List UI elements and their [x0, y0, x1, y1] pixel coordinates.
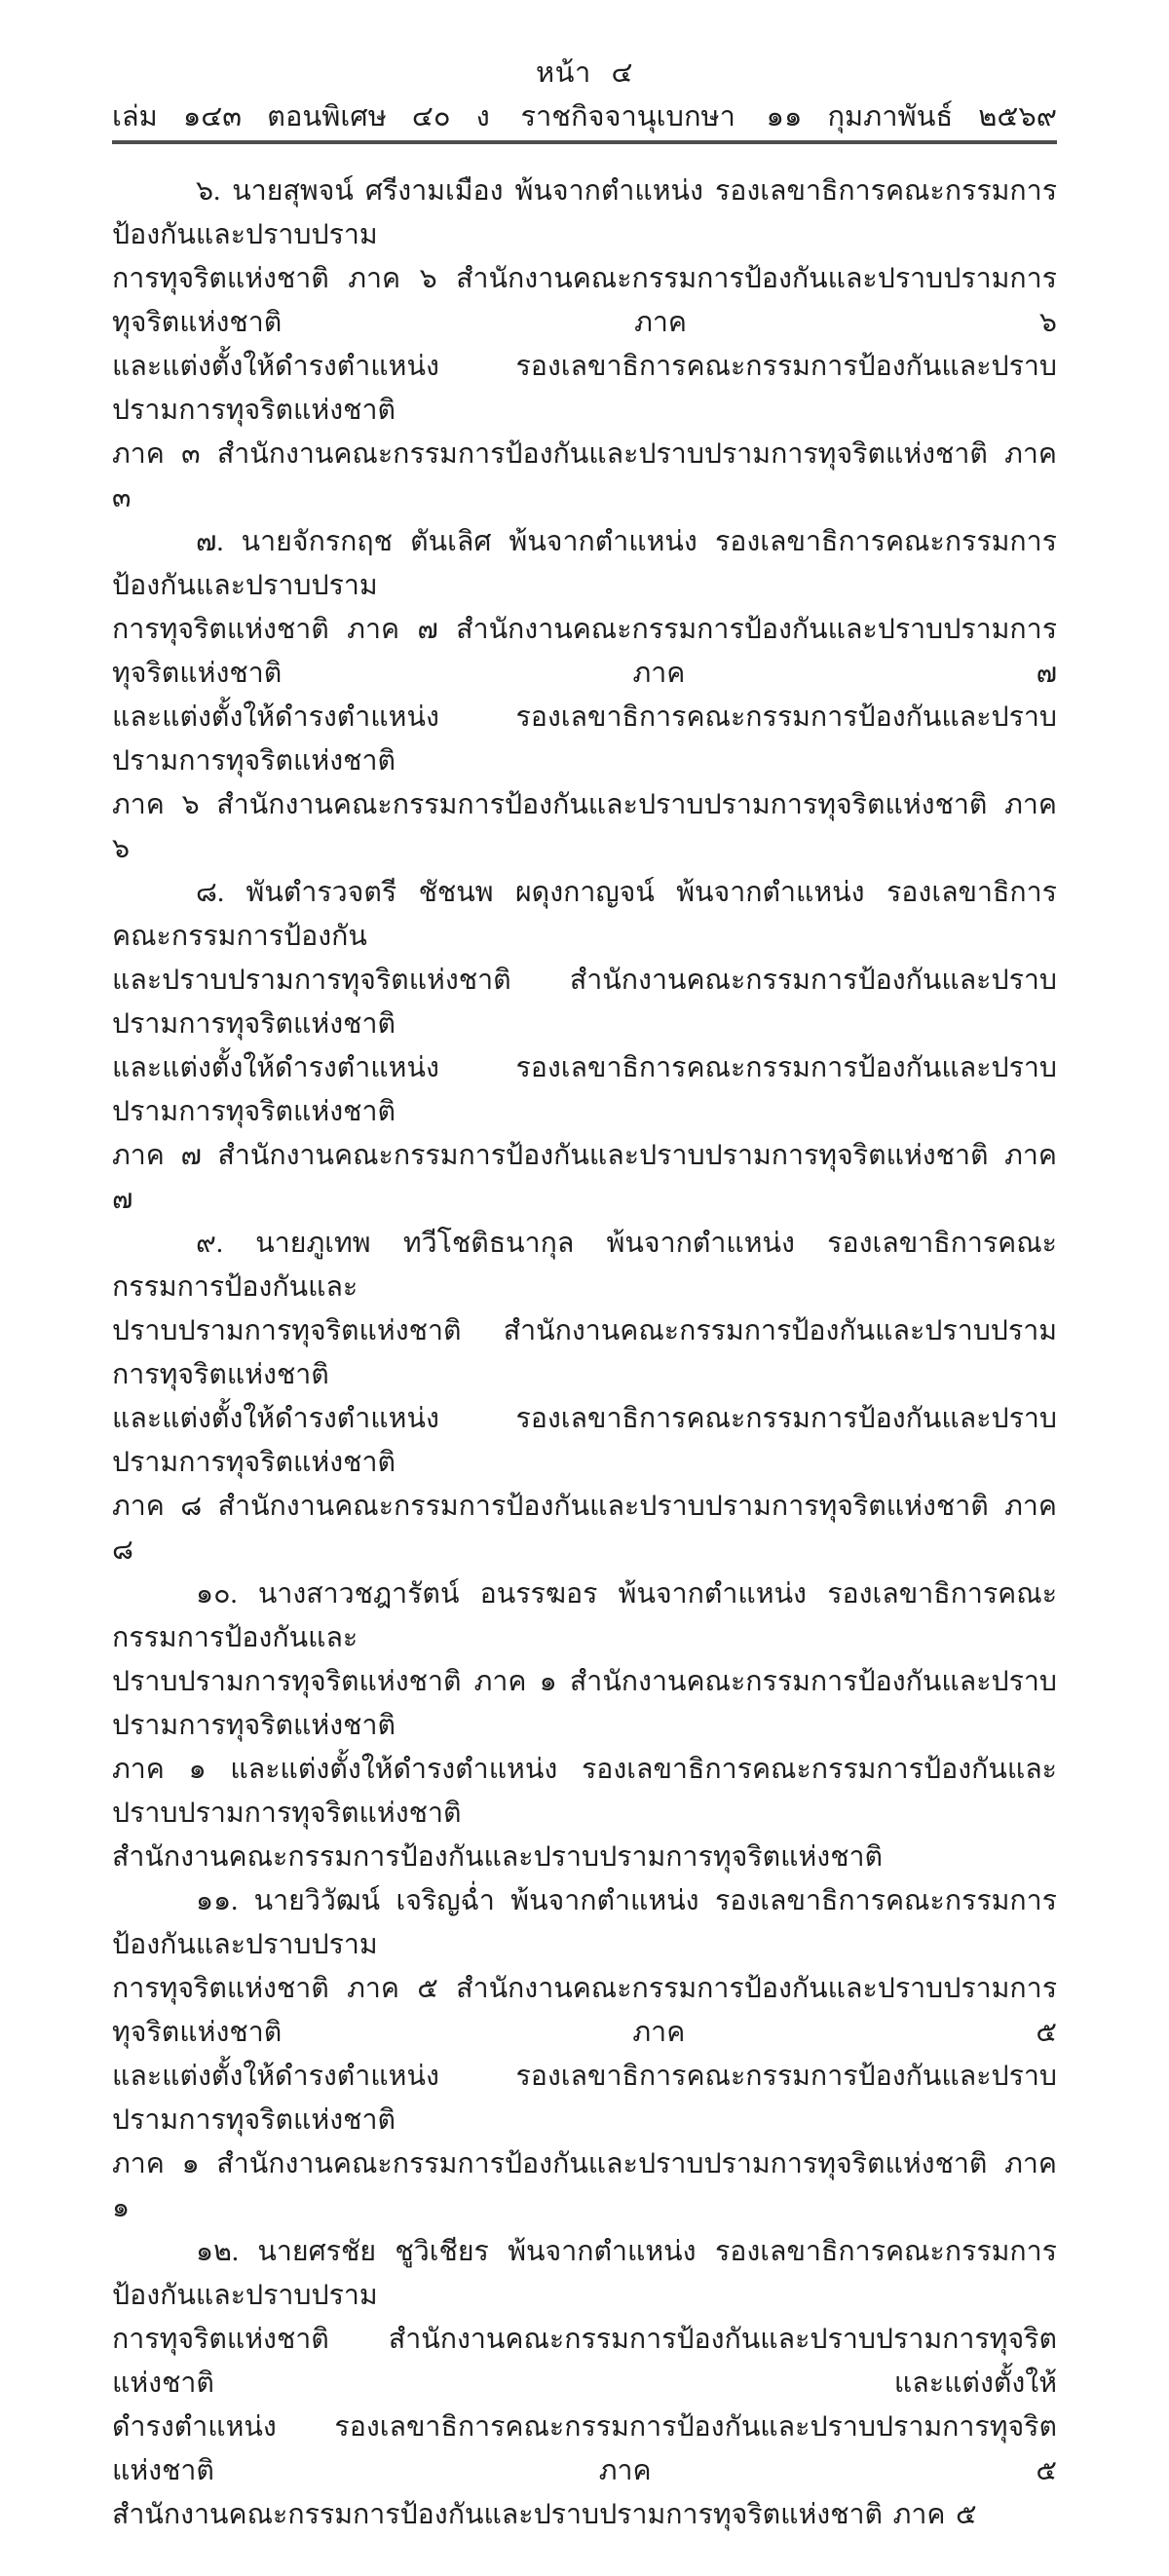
- gazette-title: ราชกิจจานุเบกษา: [520, 96, 735, 137]
- item-line: การทุจริตแห่งชาติ สำนักงานคณะกรรมการป้อง…: [112, 2318, 1057, 2406]
- item-line: ๙. นายภูเทพ ทวีโชติธนากุล พ้นจากตำแหน่ง …: [112, 1222, 1057, 1309]
- gazette-item-10: ๑๐. นางสาวชฎารัตน์ อนรรฆอร พ้นจากตำแหน่ง…: [112, 1572, 1057, 1879]
- gazette-item-9: ๙. นายภูเทพ ทวีโชติธนากุล พ้นจากตำแหน่ง …: [112, 1222, 1057, 1572]
- header-divider: [112, 140, 1057, 144]
- item-line: ภาค ๖ สำนักงานคณะกรรมการป้องกันและปราบปร…: [112, 783, 1057, 871]
- item-line: ปราบปรามการทุจริตแห่งชาติ สำนักงานคณะกรร…: [112, 1309, 1057, 1397]
- item-line: สำนักงานคณะกรรมการป้องกันและปราบปรามการท…: [112, 1836, 1057, 1879]
- item-line: ภาค ๓ สำนักงานคณะกรรมการป้องกันและปราบปร…: [112, 433, 1057, 520]
- publish-date: ๑๑ กุมภาพันธ์ ๒๕๖๙: [767, 96, 1057, 137]
- item-line: ปราบปรามการทุจริตแห่งชาติ ภาค ๑ สำนักงาน…: [112, 1660, 1057, 1748]
- gazette-item-7: ๗. นายจักรกฤช ตันเลิศ พ้นจากตำแหน่ง รองเ…: [112, 520, 1057, 871]
- item-line: และแต่งตั้งให้ดำรงตำแหน่ง รองเลขาธิการคณ…: [112, 345, 1057, 433]
- gazette-page: หน้า ๔ เล่ม ๑๔๓ ตอนพิเศษ ๔๐ ง ราชกิจจานุ…: [0, 0, 1169, 2576]
- gazette-item-12: ๑๒. นายศรชัย ชูวิเชียร พ้นจากตำแหน่ง รอง…: [112, 2230, 1057, 2537]
- item-line: และแต่งตั้งให้ดำรงตำแหน่ง รองเลขาธิการคณ…: [112, 1397, 1057, 1485]
- item-line: ๘. พันตำรวจตรี ชัชนพ ผดุงกาญจน์ พ้นจากตำ…: [112, 871, 1057, 959]
- item-line: การทุจริตแห่งชาติ ภาค ๖ สำนักงานคณะกรรมก…: [112, 257, 1057, 345]
- gazette-body: ๖. นายสุพจน์ ศรีงามเมือง พ้นจากตำแหน่ง ร…: [112, 170, 1057, 2537]
- gazette-item-8: ๘. พันตำรวจตรี ชัชนพ ผดุงกาญจน์ พ้นจากตำ…: [112, 871, 1057, 1222]
- item-line: ๑๐. นางสาวชฎารัตน์ อนรรฆอร พ้นจากตำแหน่ง…: [112, 1572, 1057, 1660]
- item-line: และแต่งตั้งให้ดำรงตำแหน่ง รองเลขาธิการคณ…: [112, 1046, 1057, 1134]
- item-line: การทุจริตแห่งชาติ ภาค ๕ สำนักงานคณะกรรมก…: [112, 1967, 1057, 2055]
- item-line: และปราบปรามการทุจริตแห่งชาติ สำนักงานคณะ…: [112, 959, 1057, 1046]
- item-line: การทุจริตแห่งชาติ ภาค ๗ สำนักงานคณะกรรมก…: [112, 608, 1057, 696]
- page-number: หน้า ๔: [112, 54, 1057, 93]
- gazette-item-6: ๖. นายสุพจน์ ศรีงามเมือง พ้นจากตำแหน่ง ร…: [112, 170, 1057, 520]
- item-line: สำนักงานคณะกรรมการป้องกันและปราบปรามการท…: [112, 2493, 1057, 2537]
- item-line: ๖. นายสุพจน์ ศรีงามเมือง พ้นจากตำแหน่ง ร…: [112, 170, 1057, 257]
- item-line: และแต่งตั้งให้ดำรงตำแหน่ง รองเลขาธิการคณ…: [112, 2055, 1057, 2142]
- item-line: ๑๑. นายวิวัฒน์ เจริญฉ่ำ พ้นจากตำแหน่ง รอ…: [112, 1879, 1057, 1967]
- gazette-item-11: ๑๑. นายวิวัฒน์ เจริญฉ่ำ พ้นจากตำแหน่ง รอ…: [112, 1879, 1057, 2230]
- item-line: ภาค ๑ สำนักงานคณะกรรมการป้องกันและปราบปร…: [112, 2142, 1057, 2230]
- item-line: ภาค ๗ สำนักงานคณะกรรมการป้องกันและปราบปร…: [112, 1134, 1057, 1222]
- item-line: ภาค ๑ และแต่งตั้งให้ดำรงตำแหน่ง รองเลขาธ…: [112, 1748, 1057, 1836]
- item-line: ๗. นายจักรกฤช ตันเลิศ พ้นจากตำแหน่ง รองเ…: [112, 520, 1057, 608]
- item-line: ๑๒. นายศรชัย ชูวิเชียร พ้นจากตำแหน่ง รอง…: [112, 2230, 1057, 2318]
- item-line: ภาค ๘ สำนักงานคณะกรรมการป้องกันและปราบปร…: [112, 1485, 1057, 1572]
- item-line: และแต่งตั้งให้ดำรงตำแหน่ง รองเลขาธิการคณ…: [112, 696, 1057, 783]
- volume-info: เล่ม ๑๔๓ ตอนพิเศษ ๔๐ ง: [112, 96, 490, 137]
- gazette-header: เล่ม ๑๔๓ ตอนพิเศษ ๔๐ ง ราชกิจจานุเบกษา ๑…: [112, 96, 1057, 137]
- item-line: ดำรงตำแหน่ง รองเลขาธิการคณะกรรมการป้องกั…: [112, 2406, 1057, 2493]
